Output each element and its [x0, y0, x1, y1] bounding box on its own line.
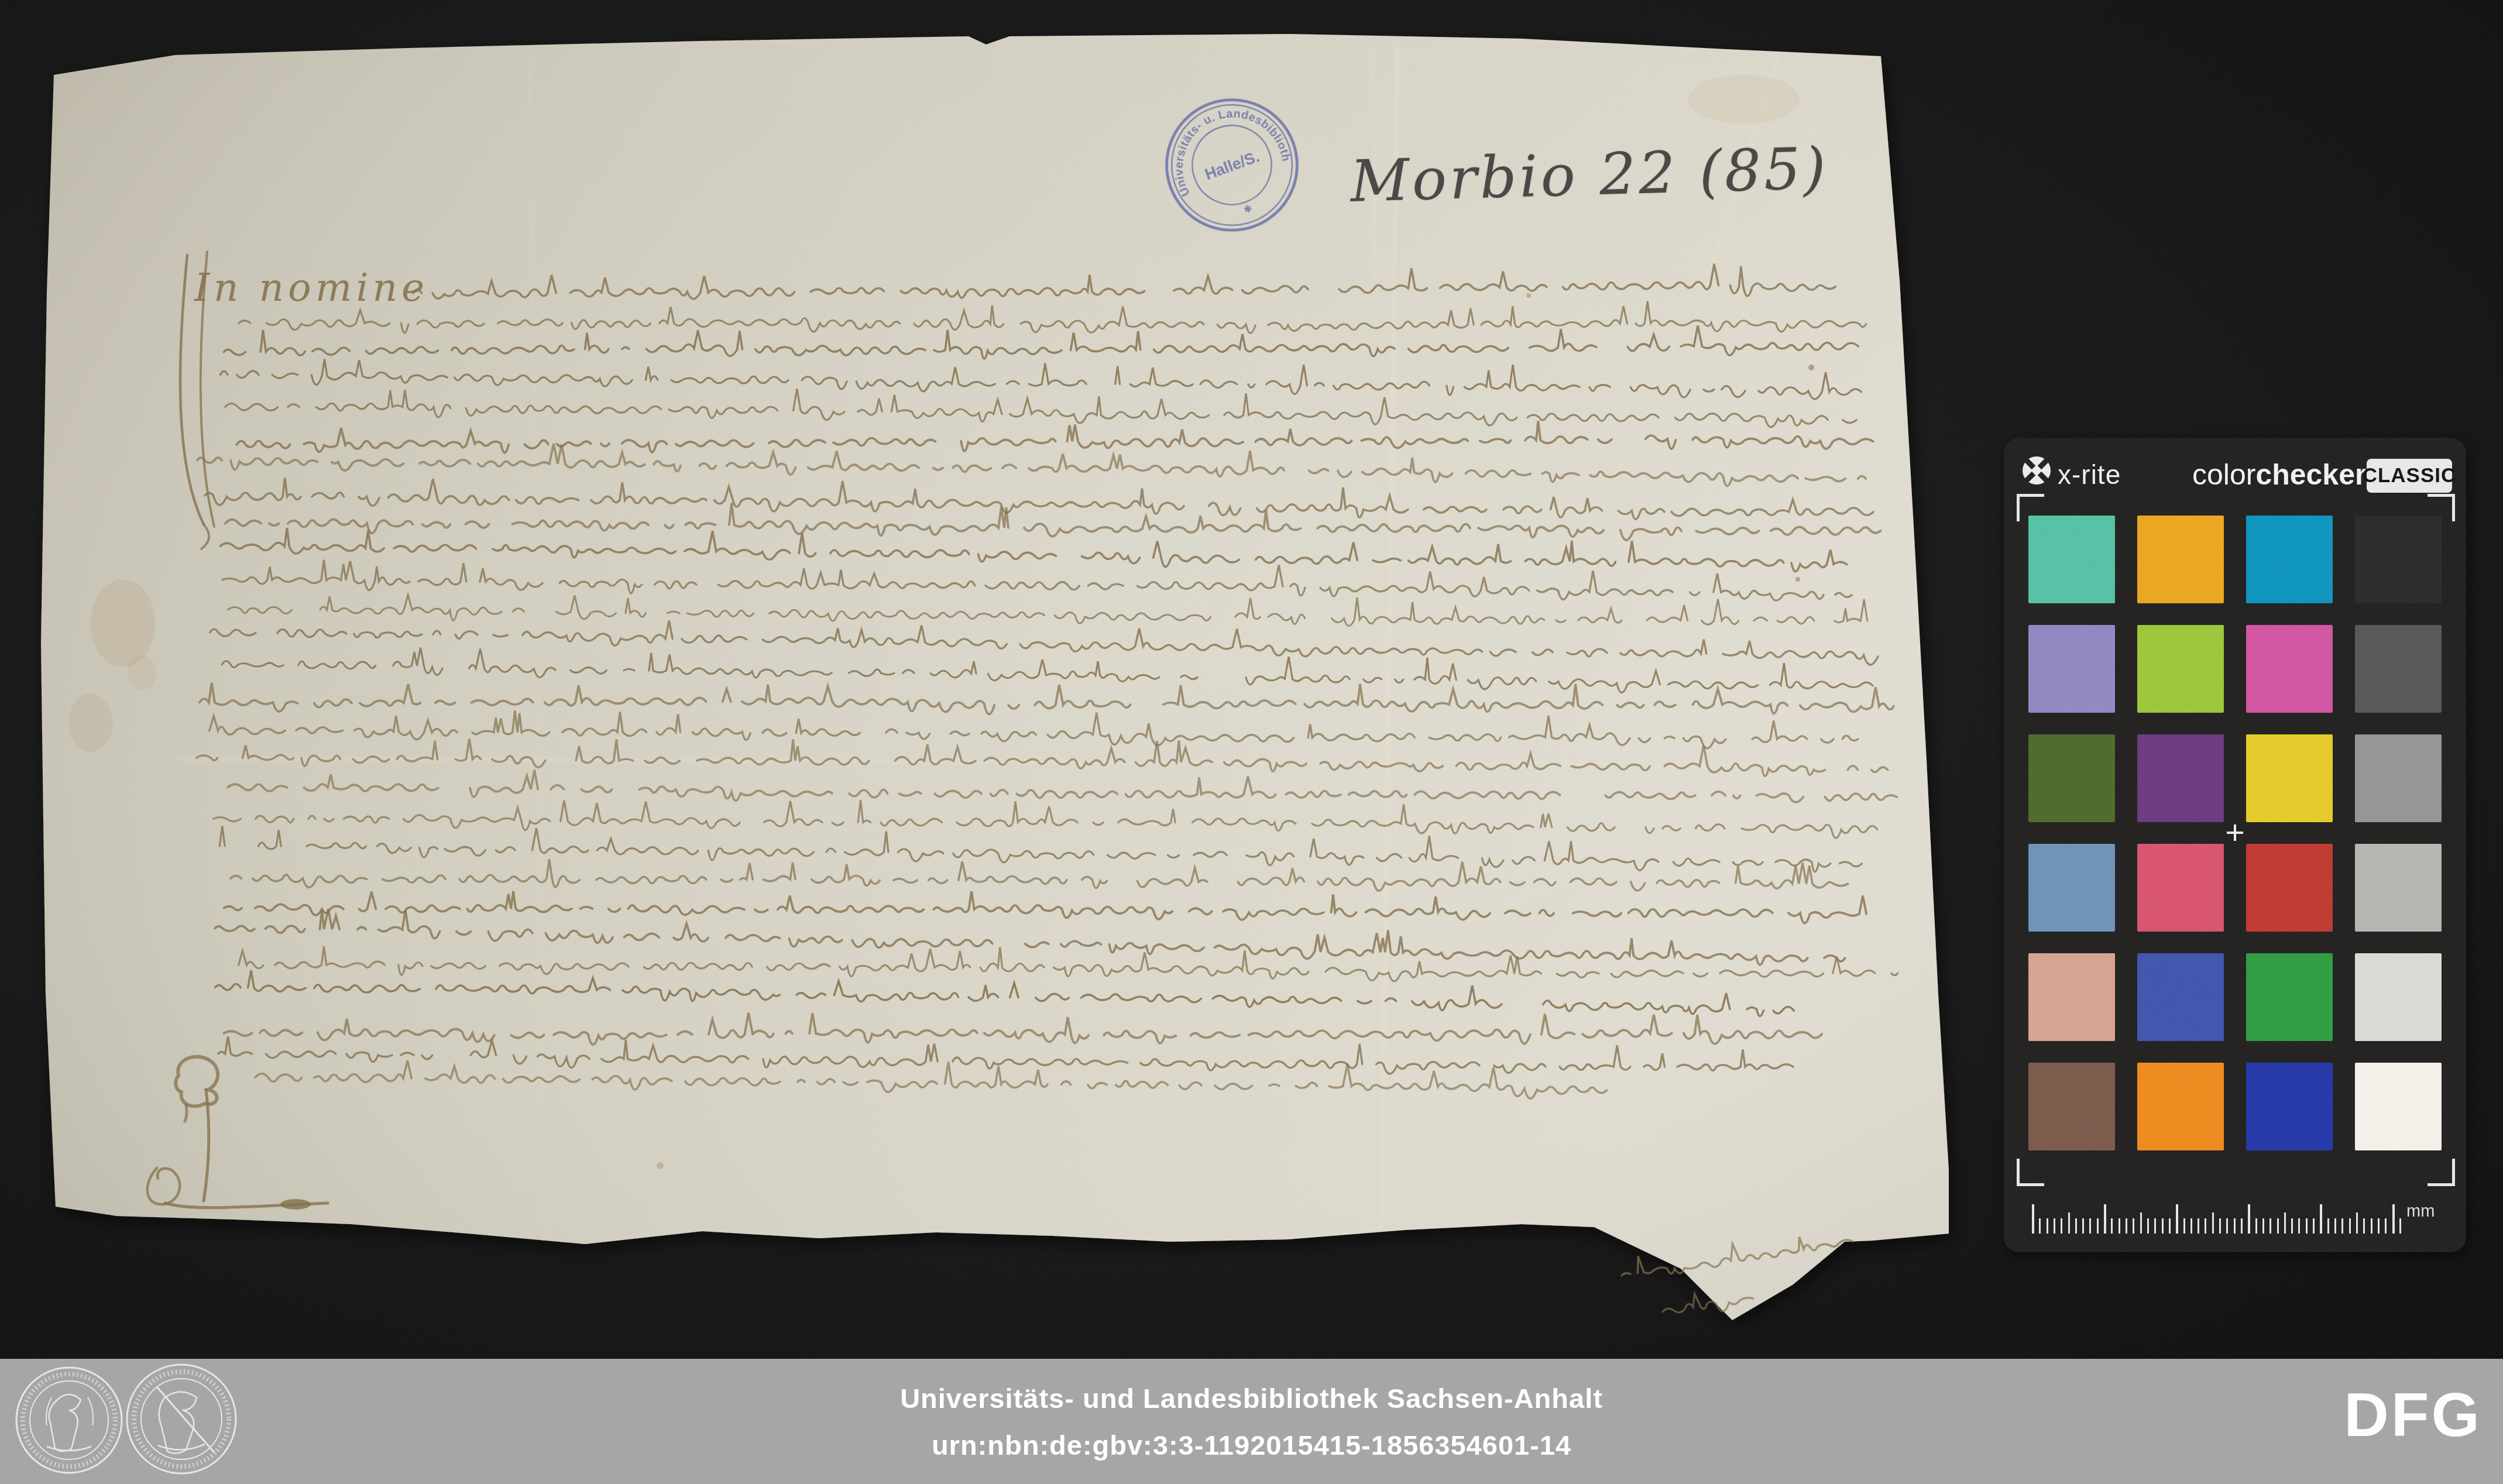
manuscript-line [224, 318, 1858, 367]
ruler-tick [2313, 1218, 2315, 1234]
manuscript-line [222, 559, 1852, 600]
manuscript-line [222, 647, 1873, 694]
manuscript-line [238, 944, 1897, 983]
ruler-tick [2306, 1218, 2308, 1234]
colorchecker-title-bold: checker [2255, 458, 2366, 491]
manuscript-line [220, 528, 1847, 572]
manuscript-line [220, 359, 1861, 400]
color-patch [2246, 734, 2333, 822]
ruler-tick [2334, 1218, 2336, 1234]
ruler-tick [2248, 1204, 2250, 1234]
manuscript-line [197, 442, 1866, 487]
ruler-tick [2205, 1218, 2206, 1234]
ruler-tick [2198, 1218, 2199, 1234]
color-patch [2028, 953, 2115, 1041]
dfg-logo: DFG [2344, 1380, 2482, 1451]
manuscript-line [228, 769, 1897, 803]
ruler-tick [2190, 1218, 2192, 1234]
ruler-tick [2054, 1218, 2055, 1234]
manuscript-line [205, 478, 1893, 519]
color-patch [2028, 625, 2115, 713]
ruler-tick [2176, 1204, 2178, 1234]
ruler-tick [2399, 1218, 2401, 1234]
urn-identifier: urn:nbn:de:gbv:3:3-1192015415-1856354601… [0, 1429, 2503, 1461]
ruler-tick [2075, 1218, 2077, 1234]
metadata-footer: Universitäts- und Landesbibliothek Sachs… [0, 1359, 2503, 1484]
ruler-tick [2234, 1218, 2236, 1234]
ruler-tick [2133, 1218, 2134, 1234]
center-cross-icon [2234, 825, 2236, 841]
initial-letter-flourish [180, 252, 214, 549]
classic-edition-badge: CLASSIC [2367, 459, 2452, 493]
ruler-tick [2162, 1218, 2164, 1234]
color-patch [2246, 516, 2333, 603]
ruler-tick [2392, 1204, 2395, 1234]
ruler-tick [2032, 1204, 2034, 1234]
colorchecker-title-light: color [2192, 458, 2255, 491]
parchment-stains [68, 75, 1814, 1169]
manuscript-line [218, 1036, 1793, 1074]
manuscript-line [210, 617, 1894, 665]
ruler-tick [2082, 1218, 2084, 1234]
manuscript-line [413, 263, 1836, 309]
color-patch [2028, 734, 2115, 822]
stamp-ring-text: Universitäts- u. Landesbibliothek [1162, 95, 1294, 205]
color-patch [2246, 844, 2333, 932]
ruler-tick [2371, 1218, 2372, 1234]
manuscript-line [197, 738, 1900, 777]
color-patch [2137, 734, 2224, 822]
ruler-tick [2284, 1212, 2286, 1234]
xrite-brand-label: x-rite [2058, 459, 2121, 490]
xrite-logo-icon [2021, 455, 2052, 486]
manuscript-line [231, 856, 1848, 895]
ruler-tick [2169, 1218, 2171, 1234]
manuscript-line [219, 826, 1862, 872]
ruler-tick [2363, 1218, 2365, 1234]
ruler-tick [2147, 1218, 2149, 1234]
manuscript-line [236, 413, 1888, 465]
ruler-tick [2255, 1218, 2257, 1234]
ruler-tick [2327, 1218, 2329, 1234]
parchment-holes [1333, 1256, 1345, 1315]
library-stamp: Universitäts- u. Landesbibliothek Halle/… [1162, 95, 1302, 235]
ruler-unit-label: mm [2406, 1202, 2435, 1221]
ruler-tick [2269, 1218, 2271, 1234]
pencil-shelfmark: Morbio 22 (85) [1350, 135, 1855, 242]
university-seals-icon [11, 1363, 338, 1480]
manuscript-line [225, 389, 1857, 427]
ruler-tick [2277, 1218, 2279, 1234]
ruler-tick [2154, 1218, 2156, 1234]
crop-mark-bottom-right [2428, 1159, 2455, 1186]
color-patch [2137, 516, 2224, 603]
colorchecker-title: colorchecker [2192, 458, 2366, 492]
color-patch [2246, 625, 2333, 713]
ruler-tick [2212, 1212, 2214, 1234]
color-patch [2246, 953, 2333, 1041]
ruler-tick [2097, 1218, 2099, 1234]
manuscript-line [239, 297, 1866, 345]
manuscript-line [255, 1058, 1607, 1100]
institution-name: Universitäts- und Landesbibliothek Sachs… [0, 1382, 2503, 1414]
color-patch [2137, 953, 2224, 1041]
ruler-tick [2119, 1218, 2120, 1234]
ruler-tick [2385, 1218, 2387, 1234]
docket-note [1619, 1222, 1860, 1326]
color-patch [2028, 516, 2115, 603]
ruler-tick [2291, 1218, 2293, 1234]
ruler-tick [2140, 1212, 2142, 1234]
ruler-tick [2047, 1218, 2048, 1234]
ruler-tick [2111, 1218, 2113, 1234]
color-patch [2355, 844, 2442, 932]
ruler-tick [2378, 1218, 2380, 1234]
ruler-tick [2126, 1218, 2127, 1234]
ruler-tick [2298, 1218, 2300, 1234]
color-patch [2137, 625, 2224, 713]
colorchecker-card: x-rite colorchecker CLASSIC mm [2004, 438, 2466, 1252]
manuscript-line [1619, 1222, 1853, 1282]
color-patch [2355, 734, 2442, 822]
notary-sign [147, 1057, 328, 1210]
manuscript-line [224, 1002, 1822, 1059]
manuscript-line [224, 889, 1867, 926]
ruler-tick [2262, 1218, 2264, 1234]
color-patch [2355, 953, 2442, 1041]
digitized-manuscript-page: In nomine [0, 0, 2503, 1484]
color-patch [2355, 625, 2442, 713]
footer-text-block: Universitäts- und Landesbibliothek Sachs… [0, 1359, 2503, 1484]
ruler-tick [2039, 1218, 2041, 1234]
ruler-tick [2068, 1212, 2070, 1234]
ruler-tick [2320, 1204, 2322, 1234]
manuscript-incipit: In nomine [194, 265, 428, 310]
ruler-tick [2089, 1218, 2091, 1234]
ruler-tick [2226, 1218, 2228, 1234]
crop-mark-bottom-left [2017, 1159, 2044, 1186]
manuscript-line [1661, 1282, 1772, 1321]
stamp-star-symbol: ✱ [1242, 202, 1254, 216]
photo-background: In nomine [0, 0, 2503, 1359]
color-patch [2246, 1063, 2333, 1150]
ruler-tick [2341, 1218, 2343, 1234]
color-patch [2028, 844, 2115, 932]
manuscript-text-block: In nomine [147, 252, 1900, 1326]
manuscript-line [215, 908, 1845, 966]
ruler-tick [2219, 1218, 2221, 1234]
stamp-center-text: Halle/S. [1203, 147, 1262, 183]
ruler-tick [2356, 1212, 2358, 1234]
manuscript-line [225, 500, 1881, 543]
ruler-tick [2241, 1218, 2243, 1234]
color-patch [2028, 1063, 2115, 1150]
ruler-tick [2104, 1204, 2106, 1234]
manuscript-line [228, 595, 1867, 627]
manuscript-line [215, 970, 1794, 1016]
manuscript-line [210, 707, 1858, 751]
ruler-tick [2183, 1218, 2185, 1234]
manuscript-line [214, 800, 1884, 838]
color-patch [2137, 1063, 2224, 1150]
ruler-tick [2349, 1218, 2351, 1234]
color-patch [2137, 844, 2224, 932]
color-patch [2355, 516, 2442, 603]
manuscript-line [200, 676, 1894, 720]
ruler-tick [2061, 1218, 2062, 1234]
color-patch [2355, 1063, 2442, 1150]
